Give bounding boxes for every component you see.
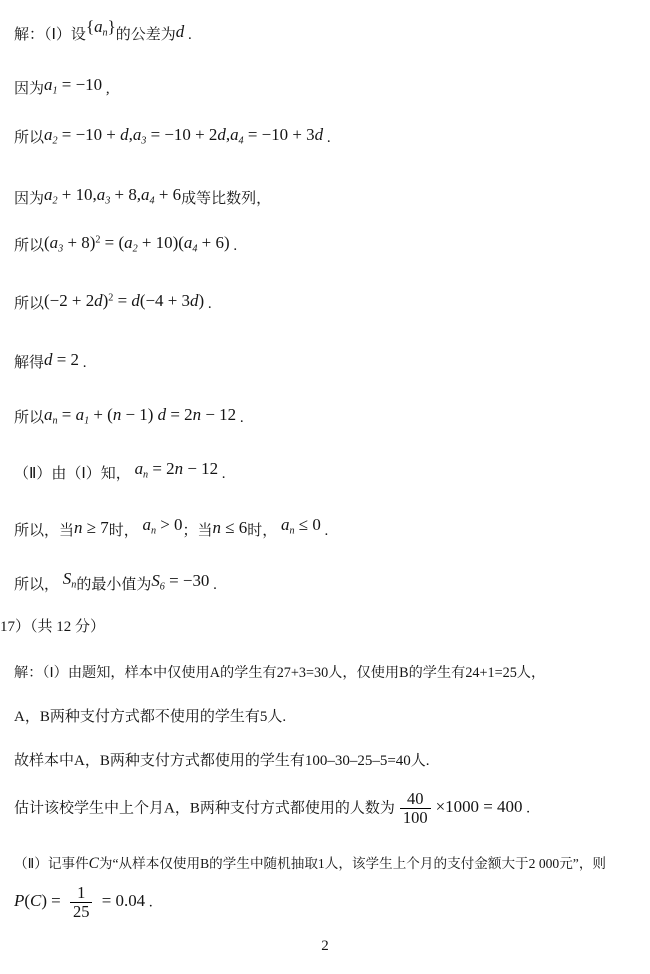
text-run: . [522, 800, 530, 816]
math-run: + 8 [63, 233, 90, 252]
math-run: a2 [124, 233, 138, 252]
text-run: 解：（Ⅰ）由题知，样本中仅使用A的学生有27+3=30人，仅使用B的学生有24+… [14, 665, 545, 681]
math-run: ) = [41, 891, 65, 910]
text-run: 解得 [14, 355, 44, 371]
text-run: . [236, 410, 244, 426]
text-run: . [145, 894, 153, 910]
general-term-line: 所以an = a1 + (n − 1) d = 2n − 12 . [14, 402, 244, 430]
math-run: P [14, 891, 24, 910]
fraction-numerator: 40 [400, 790, 431, 808]
math-run: = −10 + [58, 125, 121, 144]
math-run: = 2 [52, 350, 79, 369]
text-run: . [204, 296, 212, 312]
math-run: = −10 + 2 [146, 125, 217, 144]
math-run: n [193, 405, 201, 424]
neither-payment-line: A，B两种支付方式都不使用的学生有5人. [14, 706, 286, 729]
math-run: = ( [100, 233, 124, 252]
text-run: . [79, 355, 87, 371]
math-run: )2 [90, 233, 101, 252]
text-run: 17）（共 12 分） [0, 619, 105, 635]
text-run: 因为 [14, 81, 44, 97]
math-run: = −10 [58, 75, 103, 94]
math-run: + 10 [138, 233, 173, 252]
equation: Sn [63, 566, 77, 592]
text-run: 所以 [14, 130, 44, 146]
fraction: 125 [70, 884, 93, 922]
math-run: − 12 [201, 405, 236, 424]
math-run: n [213, 518, 221, 537]
page-number: 2 [0, 938, 650, 955]
equation: (a3 + 8)2 = (a2 + 10)(a4 + 6) [44, 230, 230, 256]
math-run: an [94, 17, 108, 36]
d-solution-line: 解得d = 2 . [14, 347, 86, 375]
math-run: + 8, [110, 185, 141, 204]
equation: an > 0 [142, 512, 182, 538]
minimum-sum-line: 所以， Sn的最小值为S6 = −30 . [14, 566, 217, 597]
given-a1-line: 因为a1 = −10 , [14, 72, 110, 101]
text-run: 的公差为 [116, 27, 176, 43]
equation: an = 2n − 12 [135, 456, 218, 482]
solution17-part1-line: 解：（Ⅰ）由题知，样本中仅使用A的学生有27+3=30人，仅使用B的学生有24+… [14, 662, 545, 684]
math-run: d [158, 405, 166, 424]
text-run: 所以，当 [14, 523, 74, 539]
text-run: 时， [247, 523, 281, 539]
text-run: . [184, 27, 192, 43]
text-run: . [321, 523, 329, 539]
math-run: > 0 [156, 515, 183, 534]
math-run: a1 [44, 75, 58, 94]
equation: an ≤ 0 [281, 512, 321, 538]
text-run: . [209, 577, 217, 593]
math-run: ≥ 7 [82, 518, 108, 537]
math-run: an [44, 405, 58, 424]
text-run: . [323, 130, 331, 146]
document-page: 2 解：（Ⅰ）设{an}的公差为d .因为a1 = −10 ,所以a2 = −1… [0, 0, 650, 974]
math-run: S6 [151, 571, 165, 590]
math-run: (−2 + 2 [44, 291, 94, 310]
equation: {an} [86, 14, 116, 40]
math-run: = −10 + 3 [244, 125, 315, 144]
math-run: = 0.04 [97, 891, 145, 910]
text-run: , [102, 81, 110, 97]
geometric-equation-line: 所以(a3 + 8)2 = (a2 + 10)(a4 + 6) . [14, 230, 237, 258]
math-run: a3 [50, 233, 64, 252]
both-payment-line: 故样本中A，B两种支付方式都使用的学生有100–30–25–5=40人. [14, 750, 430, 773]
math-run: d [120, 125, 128, 144]
math-run: )2 [103, 291, 114, 310]
math-run: d [131, 291, 139, 310]
math-run: a3 [97, 185, 111, 204]
math-run: d [217, 125, 225, 144]
math-run: a3 [133, 125, 147, 144]
equation: S6 = −30 [151, 568, 209, 594]
math-run: a2 [44, 125, 58, 144]
math-run: + 10, [58, 185, 97, 204]
text-run: ；当 [183, 523, 213, 539]
math-run: ≤ 6 [221, 518, 247, 537]
text-run: （Ⅱ）记事件 [14, 856, 89, 871]
text-run: 估计该校学生中上个月A，B两种支付方式都使用的人数为 [14, 800, 395, 816]
math-run: n [175, 459, 183, 478]
math-run: a4 [230, 125, 244, 144]
math-run: ×1000 = 400 [436, 797, 523, 816]
text-run: 所以 [14, 410, 44, 426]
equation: a1 = −10 [44, 72, 102, 98]
text-run: 所以， [14, 577, 63, 593]
math-run: = −30 [165, 571, 210, 590]
text-run: （Ⅱ）由（Ⅰ）知， [14, 466, 135, 482]
math-run: d [315, 125, 323, 144]
equation: n ≥ 7 [74, 515, 109, 541]
text-run: 为“从样本仅使用B的学生中随机抽取1人，该学生上个月的支付金额大于2 000元”… [99, 856, 606, 871]
math-run: an [135, 459, 149, 478]
text-run: 所以 [14, 296, 44, 312]
text-run: 所以 [14, 238, 44, 254]
math-run: C [30, 891, 41, 910]
geometric-sequence-line: 因为a2 + 10,a3 + 8,a4 + 6成等比数列， [14, 182, 271, 211]
text-run: 成等比数列， [181, 191, 271, 207]
fraction-numerator: 1 [70, 884, 93, 902]
equation: d = 2 [44, 347, 79, 373]
equation: = 0.04 [97, 888, 145, 914]
math-run: Sn [63, 569, 77, 588]
math-run: (−4 + 3 [140, 291, 190, 310]
math-run: + ( [89, 405, 113, 424]
equation: a2 = −10 + d,a3 = −10 + 2d,a4 = −10 + 3d [44, 122, 323, 148]
equation: d [176, 19, 184, 45]
math-run: )( [173, 233, 184, 252]
math-run: + 6 [155, 185, 182, 204]
math-run: = 2 [166, 405, 193, 424]
text-run: . [218, 466, 226, 482]
equation: n ≤ 6 [213, 515, 248, 541]
fraction-denominator: 100 [400, 808, 431, 827]
equation: (−2 + 2d)2 = d(−4 + 3d) [44, 288, 204, 314]
math-run: an [142, 515, 156, 534]
equation: ×1000 = 400 [436, 794, 523, 820]
equation: a2 + 10,a3 + 8,a4 + 6 [44, 182, 181, 208]
math-run: C [89, 855, 99, 872]
math-run: d [176, 22, 184, 41]
math-run: ( [44, 233, 50, 252]
terms-expansion-line: 所以a2 = −10 + d,a3 = −10 + 2d,a4 = −10 + … [14, 122, 331, 150]
math-run: a4 [141, 185, 155, 204]
math-run: = [113, 291, 131, 310]
math-run: } [108, 17, 116, 36]
part2-recall-line: （Ⅱ）由（Ⅰ）知， an = 2n − 12 . [14, 456, 226, 486]
math-run: d [94, 291, 102, 310]
expanded-equation-line: 所以(−2 + 2d)2 = d(−4 + 3d) . [14, 288, 212, 316]
math-run: ≤ 0 [295, 515, 321, 534]
problem17-header-line: 17）（共 12 分） [0, 616, 105, 639]
estimate-calculation-line: 估计该校学生中上个月A，B两种支付方式都使用的人数为40100×1000 = 4… [14, 790, 530, 828]
text-run: 的最小值为 [76, 577, 151, 593]
sign-analysis-line: 所以，当n ≥ 7时， an > 0；当n ≤ 6时， an ≤ 0 . [14, 512, 328, 543]
text-run: 解：（Ⅰ）设 [14, 27, 86, 43]
math-run: an [281, 515, 295, 534]
math-run: a1 [76, 405, 90, 424]
math-run: a2 [44, 185, 58, 204]
text-run: A，B两种支付方式都不使用的学生有5人. [14, 709, 286, 725]
math-run: = [58, 405, 76, 424]
equation: C [89, 852, 99, 876]
event-c-line: （Ⅱ）记事件C为“从样本仅使用B的学生中随机抽取1人，该学生上个月的支付金额大于… [14, 852, 606, 876]
equation: an = a1 + (n − 1) d = 2n − 12 [44, 402, 236, 428]
math-run: + 6 [197, 233, 224, 252]
math-run: n [113, 405, 121, 424]
math-run: a4 [184, 233, 198, 252]
solution16-part1-intro-line: 解：（Ⅰ）设{an}的公差为d . [14, 14, 192, 47]
math-run: = 2 [148, 459, 175, 478]
math-run: − 12 [183, 459, 218, 478]
text-run: 故样本中A，B两种支付方式都使用的学生有100–30–25–5=40人. [14, 753, 430, 769]
math-run: { [86, 17, 94, 36]
text-run: 时， [109, 523, 143, 539]
fraction-denominator: 25 [70, 902, 93, 921]
text-run: 因为 [14, 191, 44, 207]
probability-result-line: P(C) = 125 = 0.04 . [14, 884, 153, 922]
text-run: . [230, 238, 238, 254]
equation: P(C) = [14, 888, 65, 914]
math-run: − 1) [121, 405, 157, 424]
fraction: 40100 [400, 790, 431, 828]
